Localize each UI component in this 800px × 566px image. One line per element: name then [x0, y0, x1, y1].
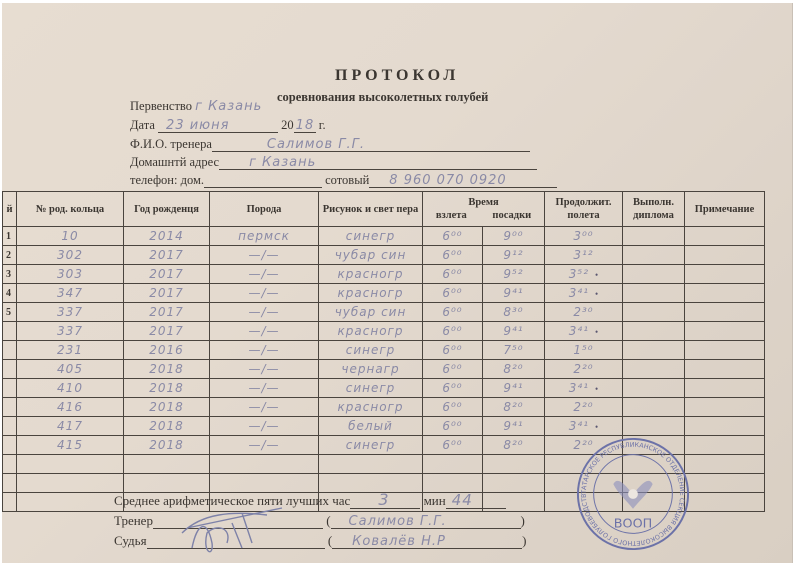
- takeoff-time: 6⁰⁰: [423, 265, 483, 284]
- note-cell: [685, 474, 765, 493]
- breed: —/—: [210, 398, 319, 417]
- note-cell: [685, 436, 765, 455]
- landing-time: 8²⁰: [483, 360, 545, 379]
- flight-duration: 3⁴¹•: [545, 284, 623, 303]
- note-cell: [685, 379, 765, 398]
- birth-year: 2018: [124, 398, 210, 417]
- note-cell: [685, 322, 765, 341]
- ring-number: 405: [17, 360, 124, 379]
- judge-sign-label: Судья: [114, 533, 147, 548]
- trainer-label: Ф.И.О. тренера: [130, 137, 212, 151]
- landing-time: 7⁵⁰: [483, 341, 545, 360]
- table-row: 4102018—/—синегр6⁰⁰9⁴¹3⁴¹•: [3, 379, 765, 398]
- diploma-cell: [623, 379, 685, 398]
- birth-year: 2018: [124, 360, 210, 379]
- championship-label: Первенство: [130, 99, 192, 113]
- feather-color: чернагр: [319, 360, 423, 379]
- ring-number: 415: [17, 436, 124, 455]
- feather-color: красногр: [319, 284, 423, 303]
- diploma-cell: [623, 284, 685, 303]
- table-header-row: й № род. кольца Год рожденця Порода Рису…: [3, 192, 765, 227]
- landing-time: 9¹²: [483, 246, 545, 265]
- date-label: Дата: [130, 118, 155, 132]
- diploma-cell: [623, 322, 685, 341]
- note-cell: [685, 303, 765, 322]
- header-breed: Порода: [210, 192, 319, 227]
- row-index: 3: [3, 265, 17, 284]
- note-cell: [685, 265, 765, 284]
- row-index: [3, 417, 17, 436]
- average-minutes: 44: [452, 491, 473, 509]
- best-five-mark: •: [595, 270, 598, 280]
- header-color: Рисунок и свет пера: [319, 192, 423, 227]
- average-hours: 3: [378, 490, 389, 509]
- row-index: [3, 474, 17, 493]
- trainer-value: Салимов Г.Г.: [267, 137, 365, 152]
- flight-duration: 3⁴¹•: [545, 322, 623, 341]
- header-year: Год рожденця: [124, 192, 210, 227]
- takeoff-time: 6⁰⁰: [423, 284, 483, 303]
- flight-duration: 1⁵⁰: [545, 341, 623, 360]
- ring-number: 10: [17, 227, 124, 246]
- note-cell: [685, 341, 765, 360]
- diploma-cell: [623, 227, 685, 246]
- breed: [210, 455, 319, 474]
- ring-number: 231: [17, 341, 124, 360]
- table-row: 1102014пермсксинегр6⁰⁰9⁰⁰3⁰⁰: [3, 227, 765, 246]
- address-field: Домашнтй адресг Казань: [130, 155, 537, 170]
- row-index: [3, 398, 17, 417]
- takeoff-time: 6⁰⁰: [423, 436, 483, 455]
- takeoff-time: 6⁰⁰: [423, 227, 483, 246]
- landing-time: [483, 474, 545, 493]
- breed: —/—: [210, 436, 319, 455]
- paren-close: ): [522, 533, 526, 548]
- table-row: 43472017—/—красногр6⁰⁰9⁴¹3⁴¹•: [3, 284, 765, 303]
- birth-year: 2017: [124, 284, 210, 303]
- takeoff-time: 6⁰⁰: [423, 379, 483, 398]
- table-row: 23022017—/—чубар син6⁰⁰9¹²3¹²: [3, 246, 765, 265]
- takeoff-time: 6⁰⁰: [423, 360, 483, 379]
- landing-time: 8³⁰: [483, 303, 545, 322]
- diploma-cell: [623, 360, 685, 379]
- birth-year: 2017: [124, 322, 210, 341]
- takeoff-time: 6⁰⁰: [423, 303, 483, 322]
- row-index: 1: [3, 227, 17, 246]
- ring-number: 347: [17, 284, 124, 303]
- row-index: [3, 360, 17, 379]
- flight-duration: 3⁰⁰: [545, 227, 623, 246]
- note-cell: [685, 417, 765, 436]
- note-cell: [685, 455, 765, 474]
- phone-mobile-label: сотовый: [325, 173, 369, 187]
- phone-home-label: телефон: дом.: [130, 173, 204, 187]
- phone-field: телефон: дом. сотовый8 960 070 0920: [130, 173, 557, 188]
- diploma-cell: [623, 265, 685, 284]
- flight-duration: 3⁵²•: [545, 265, 623, 284]
- breed: —/—: [210, 246, 319, 265]
- landing-time: 8²⁰: [483, 398, 545, 417]
- flight-duration: 2²⁰: [545, 360, 623, 379]
- feather-color: красногр: [319, 398, 423, 417]
- year-suffix: г.: [319, 118, 326, 132]
- phone-mobile-value: 8 960 070 0920: [389, 173, 506, 188]
- takeoff-time: 6⁰⁰: [423, 398, 483, 417]
- ring-number: [17, 493, 124, 512]
- row-index: [3, 322, 17, 341]
- ring-number: 337: [17, 303, 124, 322]
- breed: —/—: [210, 379, 319, 398]
- table-row: 53372017—/—чубар син6⁰⁰8³⁰2³⁰: [3, 303, 765, 322]
- header-duration: Продолжит. полета: [545, 192, 623, 227]
- feather-color: [319, 455, 423, 474]
- landing-time: 8²⁰: [483, 436, 545, 455]
- best-five-mark: •: [595, 327, 598, 337]
- best-five-mark: •: [595, 289, 598, 299]
- feather-color: [319, 474, 423, 493]
- feather-color: синегр: [319, 341, 423, 360]
- row-index: 4: [3, 284, 17, 303]
- document-subtitle: соревнования высоколетных голубей: [277, 90, 488, 105]
- birth-year: 2014: [124, 227, 210, 246]
- document-title: ПРОТОКОЛ: [335, 67, 459, 85]
- table-row: 2312016—/—синегр6⁰⁰7⁵⁰1⁵⁰: [3, 341, 765, 360]
- feather-color: чубар син: [319, 246, 423, 265]
- feather-color: красногр: [319, 265, 423, 284]
- diploma-cell: [623, 398, 685, 417]
- birth-year: 2018: [124, 417, 210, 436]
- championship-field: Первенство г Казань: [130, 99, 262, 114]
- table-row: 33032017—/—красногр6⁰⁰9⁵²3⁵²•: [3, 265, 765, 284]
- birth-year: 2017: [124, 265, 210, 284]
- header-time-label: Время: [423, 196, 544, 209]
- breed: —/—: [210, 265, 319, 284]
- ring-number: 337: [17, 322, 124, 341]
- birth-year: 2017: [124, 246, 210, 265]
- organization-stamp-icon: ТАТАРСКОЕ РЕСПУБЛИКАНСКОЕ ОТДЕЛЕНИЕ СЕКЦ…: [574, 435, 692, 553]
- birth-year: 2017: [124, 303, 210, 322]
- trainer-sign-name: Салимов Г.Г.: [349, 514, 447, 529]
- birth-year: [124, 455, 210, 474]
- feather-color: чубар син: [319, 303, 423, 322]
- breed: пермск: [210, 227, 319, 246]
- feather-color: синегр: [319, 436, 423, 455]
- ring-number: 416: [17, 398, 124, 417]
- breed: —/—: [210, 360, 319, 379]
- note-cell: [685, 227, 765, 246]
- judge-sign-name: Ковалёв Н.Р: [352, 534, 446, 549]
- landing-time: 9⁴¹: [483, 322, 545, 341]
- landing-time: 9⁵²: [483, 265, 545, 284]
- table-row: 4172018—/—белый6⁰⁰9⁴¹3⁴¹•: [3, 417, 765, 436]
- row-index: 5: [3, 303, 17, 322]
- takeoff-time: 6⁰⁰: [423, 246, 483, 265]
- birth-year: 2018: [124, 436, 210, 455]
- flight-duration: 2²⁰: [545, 398, 623, 417]
- note-cell: [685, 398, 765, 417]
- flight-duration: 3⁴¹•: [545, 417, 623, 436]
- ring-number: 303: [17, 265, 124, 284]
- note-cell: [685, 360, 765, 379]
- diploma-cell: [623, 303, 685, 322]
- breed: —/—: [210, 284, 319, 303]
- landing-time: 9⁴¹: [483, 417, 545, 436]
- row-index: [3, 493, 17, 512]
- flight-duration: 3¹²: [545, 246, 623, 265]
- landing-time: [483, 455, 545, 474]
- trainer-sign-label: Тренер: [114, 513, 153, 528]
- feather-color: белый: [319, 417, 423, 436]
- takeoff-time: 6⁰⁰: [423, 341, 483, 360]
- ring-number: 417: [17, 417, 124, 436]
- breed: —/—: [210, 417, 319, 436]
- flight-duration: 2³⁰: [545, 303, 623, 322]
- header-ring: № род. кольца: [17, 192, 124, 227]
- table-row: 4052018—/—чернагр6⁰⁰8²⁰2²⁰: [3, 360, 765, 379]
- table-row: 3372017—/—красногр6⁰⁰9⁴¹3⁴¹•: [3, 322, 765, 341]
- takeoff-time: 6⁰⁰: [423, 322, 483, 341]
- protocol-sheet: ПРОТОКОЛ соревнования высоколетных голуб…: [2, 3, 793, 563]
- address-value: г Казань: [249, 155, 316, 170]
- header-diploma: Выполн. диплома: [623, 192, 685, 227]
- landing-time: 9⁴¹: [483, 284, 545, 303]
- feather-color: красногр: [319, 322, 423, 341]
- flight-duration: 3⁴¹•: [545, 379, 623, 398]
- row-index: [3, 379, 17, 398]
- date-value: 23 июня: [166, 118, 229, 133]
- ring-number: 410: [17, 379, 124, 398]
- trainer-field: Ф.И.О. тренераСалимов Г.Г.: [130, 137, 530, 152]
- diploma-cell: [623, 246, 685, 265]
- row-index: 2: [3, 246, 17, 265]
- breed: —/—: [210, 322, 319, 341]
- header-landing: посадки: [492, 209, 531, 222]
- ring-number: [17, 455, 124, 474]
- championship-value: г Казань: [195, 99, 262, 114]
- stamp-center-text: ВООП: [614, 516, 652, 531]
- birth-year: 2018: [124, 379, 210, 398]
- breed: [210, 474, 319, 493]
- takeoff-time: 6⁰⁰: [423, 417, 483, 436]
- birth-year: 2016: [124, 341, 210, 360]
- date-field: Дата 23 июня 2018 г.: [130, 118, 326, 133]
- breed: —/—: [210, 341, 319, 360]
- address-label: Домашнтй адрес: [130, 155, 219, 169]
- note-cell: [685, 284, 765, 303]
- note-cell: [685, 246, 765, 265]
- takeoff-time: [423, 474, 483, 493]
- signature-scribble-icon: [172, 503, 292, 563]
- table-row: 4162018—/—красногр6⁰⁰8²⁰2²⁰: [3, 398, 765, 417]
- header-takeoff: взлета: [436, 209, 467, 222]
- note-cell: [685, 493, 765, 512]
- year-prefix: 20: [281, 118, 294, 132]
- row-index: [3, 455, 17, 474]
- birth-year: [124, 474, 210, 493]
- feather-color: синегр: [319, 379, 423, 398]
- feather-color: синегр: [319, 227, 423, 246]
- header-time: Время взлета посадки: [423, 192, 545, 227]
- ring-number: 302: [17, 246, 124, 265]
- row-index: [3, 341, 17, 360]
- diploma-cell: [623, 417, 685, 436]
- ring-number: [17, 474, 124, 493]
- year-value: 18: [296, 118, 315, 133]
- minutes-label: мин: [424, 493, 446, 508]
- diploma-cell: [623, 341, 685, 360]
- best-five-mark: •: [595, 384, 598, 394]
- best-five-mark: •: [595, 422, 598, 432]
- header-note: Примечание: [685, 192, 765, 227]
- paren-close: ): [521, 513, 525, 528]
- landing-time: 9⁴¹: [483, 379, 545, 398]
- landing-time: 9⁰⁰: [483, 227, 545, 246]
- header-index: й: [3, 192, 17, 227]
- row-index: [3, 436, 17, 455]
- breed: —/—: [210, 303, 319, 322]
- takeoff-time: [423, 455, 483, 474]
